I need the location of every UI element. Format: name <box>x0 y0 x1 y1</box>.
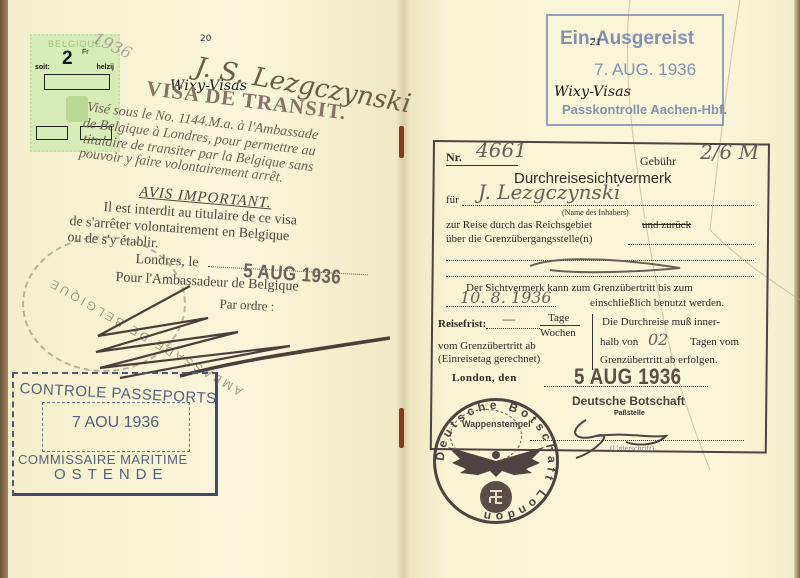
signature-line <box>530 440 744 441</box>
revenue-stamp-box <box>44 74 110 90</box>
travel-period-line <box>486 328 540 329</box>
for-label: für <box>446 194 459 206</box>
consul-signature <box>556 412 676 472</box>
border-control-line3: OSTENDE <box>54 466 169 483</box>
unit-days: Tage <box>548 312 569 324</box>
revenue-stamp-label-left: soit: <box>35 64 50 71</box>
holder-name: J. Lezgczynski <box>478 180 620 204</box>
fee-value: 2/6 M <box>700 140 759 164</box>
london-place-label: London, den <box>452 372 517 384</box>
page-number-right: 21 <box>590 38 601 48</box>
crossing-line: über die Grenzübergangsstelle(n) <box>446 233 592 245</box>
agency-stamp-right: Wixy-Visas <box>554 84 631 100</box>
crossing-dotted-line <box>628 244 754 245</box>
revenue-stamp-label-right: helzij <box>96 64 114 71</box>
visa-number-label: Nr. <box>446 150 462 165</box>
office-line: Deutsche Botschaft <box>572 394 685 408</box>
validity-suffix: einschließlich benutzt werden. <box>590 297 724 309</box>
validity-date: 10. 8. 1936 <box>460 288 552 307</box>
passport-spread: 20 BELGIQUE 2 Fr soit: helzij 1936 J. S.… <box>0 0 800 578</box>
revenue-stamp-value-suffix: Fr <box>82 49 89 56</box>
route-struck: und zurück <box>642 219 691 231</box>
visa-number-value: 4661 <box>476 138 527 162</box>
visa-number-underline <box>446 165 518 166</box>
handwritten-stroke <box>520 254 690 274</box>
handwritten-signature-scribble <box>90 280 390 380</box>
transit-line-2-post: Tagen vom <box>690 336 739 348</box>
holder-name-caption: (Name des Inhabers) <box>562 208 629 217</box>
revenue-stamp-value: 2 <box>62 48 73 70</box>
border-control-date: 7 AOU 1936 <box>72 414 159 432</box>
unit-weeks: Wochen <box>540 327 576 339</box>
binding-stitch-bottom <box>399 408 404 448</box>
seal-ring-letters: Deutsche Botschaft London <box>433 398 559 524</box>
exit-stamp-title: Ein-Ausgereist <box>560 28 694 50</box>
column-divider <box>592 314 593 370</box>
exit-stamp-date: 7. AUG. 1936 <box>594 60 696 80</box>
binding-stitch-top <box>399 126 404 158</box>
counted-from-2: (Einreisetag gerechnet) <box>438 353 540 365</box>
german-visa-date-stamp: 5 AUG 1936 <box>574 364 682 390</box>
counted-from-1: vom Grenzübertritt ab <box>438 340 536 352</box>
transit-line-2-pre: halb von <box>600 336 638 348</box>
svg-text:Deutsche Botschaft London: Deutsche Botschaft London <box>433 398 559 524</box>
holder-name-line <box>462 205 754 206</box>
crossing-dotted-line-3 <box>446 276 754 277</box>
page-number-left: 20 <box>200 34 211 44</box>
travel-period-value: — <box>502 312 516 328</box>
exit-stamp-place: Passkontrolle Aachen-Hbf. <box>562 102 727 117</box>
route-line: zur Reise durch das Reichsgebiet <box>446 219 592 231</box>
book-edge-left <box>0 0 8 578</box>
revenue-stamp-box <box>36 126 68 140</box>
border-control-line2: COMMISSAIRE MARITIME <box>18 452 188 467</box>
transit-days: 02 <box>648 330 668 349</box>
transit-line-1: Die Durchreise muß inner- <box>602 316 720 328</box>
travel-period-label: Reisefrist: <box>438 318 486 330</box>
fee-label: Gebühr <box>640 154 676 169</box>
signature-caption: (Unterschrift) <box>610 444 654 453</box>
unit-divider <box>540 325 580 326</box>
